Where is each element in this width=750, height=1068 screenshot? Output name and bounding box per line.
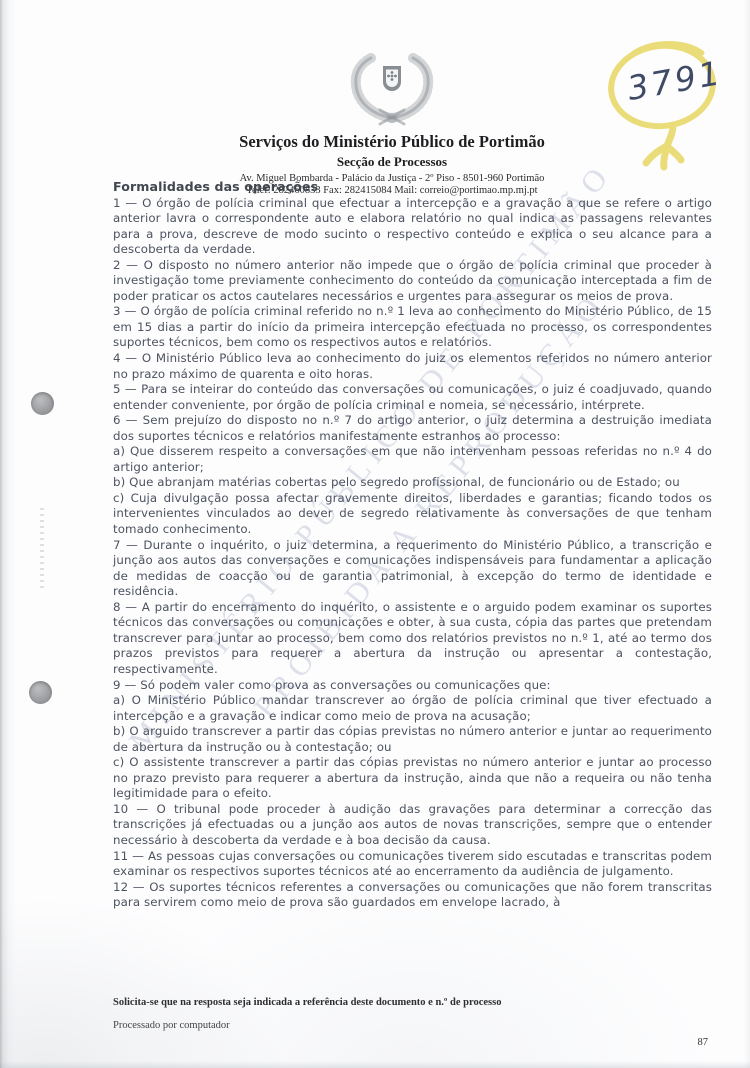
paragraph: 1 — O órgão de polícia criminal que efec… <box>113 196 712 258</box>
paragraph: 2 — O disposto no número anterior não im… <box>113 258 712 305</box>
paragraph: 12 — Os suportes técnicos referentes a c… <box>113 880 712 911</box>
paragraph: a) Que disserem respeito a conversações … <box>113 444 712 475</box>
document-body: Formalidades das operações 1 — O órgão d… <box>113 179 712 911</box>
paragraph: 7 — Durante o inquérito, o juiz determin… <box>113 538 712 600</box>
paragraph: 5 — Para se inteirar do conteúdo das con… <box>113 382 712 413</box>
paragraph: 10 — O tribunal pode proceder à audição … <box>113 802 712 849</box>
paragraph: 4 — O Ministério Público leva ao conheci… <box>113 351 712 382</box>
section-heading: Formalidades das operações <box>113 179 712 195</box>
paragraph: 6 — Sem prejuízo do disposto no n.º 7 do… <box>113 413 712 444</box>
paragraph: c) Cuja divulgação possa afectar graveme… <box>113 491 712 538</box>
paragraph: 3 — O órgão de polícia criminal referido… <box>113 304 712 351</box>
footer-reference-note: Solicita-se que na resposta seja indicad… <box>113 997 501 1008</box>
scan-edge-marks <box>40 508 44 592</box>
paragraph: b) Que abranjam matérias cobertas pelo s… <box>113 475 712 491</box>
scanned-document-page: MINISTÉRIO PÚBLICO DE PORTIMÃO PROIBIDA … <box>0 0 750 1068</box>
paragraph: 11 — As pessoas cujas conversações ou co… <box>113 849 712 880</box>
paragraph: c) O assistente transcrever a partir das… <box>113 755 712 802</box>
page-number: 87 <box>698 1037 709 1048</box>
paragraph: 8 — A partir do encerramento do inquérit… <box>113 600 712 678</box>
highlighter-circle-icon <box>598 34 750 179</box>
paragraph: a) O Ministério Público mandar transcrev… <box>113 693 712 724</box>
portugal-coat-of-arms-icon <box>340 52 444 130</box>
handwritten-annotation: 3791 <box>598 34 750 179</box>
hole-punch-top <box>31 392 54 415</box>
paragraph: b) O arguido transcrever a partir das có… <box>113 724 712 755</box>
paragraph: 9 — Só podem valer como prova as convers… <box>113 678 712 694</box>
footer-processed-note: Processado por computador <box>113 1020 230 1031</box>
hole-punch-bottom <box>29 681 52 704</box>
